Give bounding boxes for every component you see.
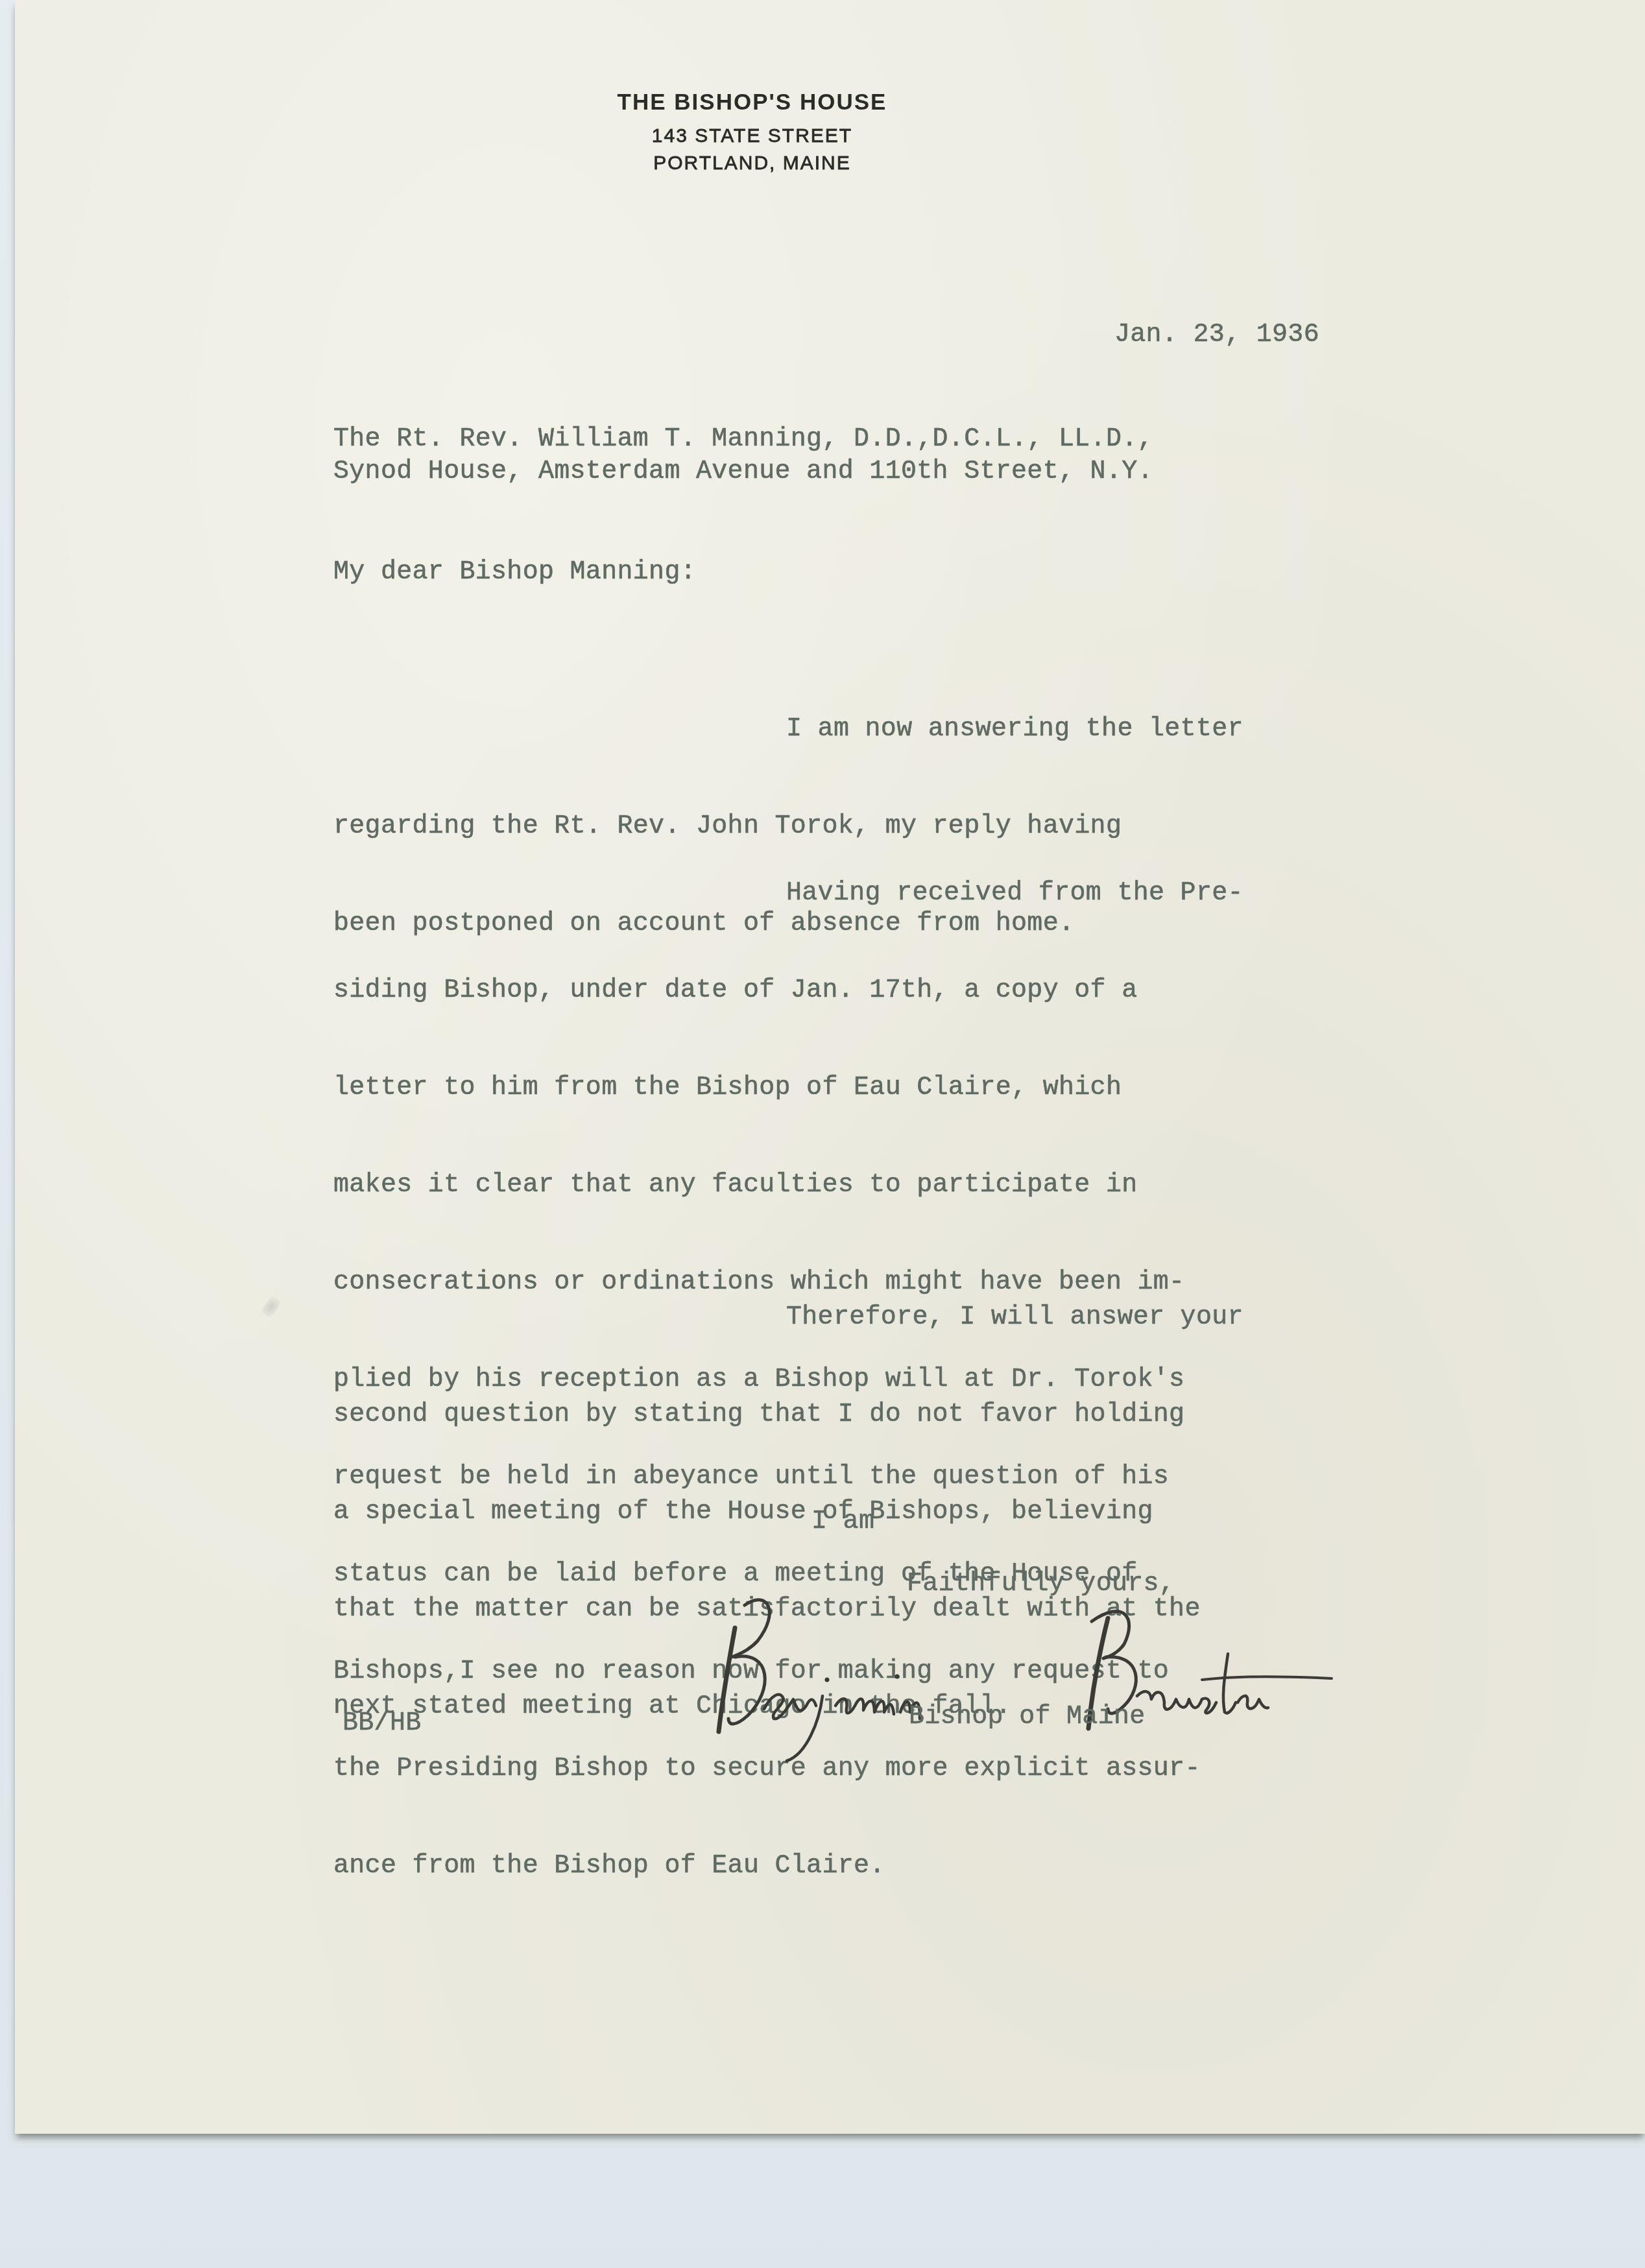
closing-pre: I am <box>811 1506 874 1538</box>
addressee-line-1: The Rt. Rev. William T. Manning, D.D.,D.… <box>333 424 1153 456</box>
paragraph-line: I am now answering the letter <box>333 713 1243 746</box>
paragraph-line: second question by stating that I do not… <box>333 1399 1243 1431</box>
paper-smudge <box>260 1295 282 1319</box>
paragraph-line: letter to him from the Bishop of Eau Cla… <box>333 1072 1243 1104</box>
signatory-title: Bishop of Maine <box>909 1701 1146 1734</box>
addressee-line-2: Synod House, Amsterdam Avenue and 110th … <box>333 456 1153 488</box>
paragraph-line: a special meeting of the House of Bishop… <box>333 1496 1243 1529</box>
letter-page: THE BISHOP'S HOUSE 143 STATE STREET PORT… <box>15 0 1645 2134</box>
paragraph-line: Therefore, I will answer your <box>333 1302 1243 1334</box>
reference-initials: BB/HB <box>342 1708 422 1740</box>
handwritten-signature: Benjamin Brewster <box>709 1592 1384 1767</box>
letterhead-street: 143 STATE STREET <box>0 125 1567 147</box>
paragraph-line: makes it clear that any faculties to par… <box>333 1169 1243 1202</box>
salutation: My dear Bishop Manning: <box>333 556 696 589</box>
letterhead-title: THE BISHOP'S HOUSE <box>0 90 1567 115</box>
paragraph-line: siding Bishop, under date of Jan. 17th, … <box>333 975 1243 1007</box>
paragraph-line: ance from the Bishop of Eau Claire. <box>333 1850 1243 1883</box>
letterhead-city: PORTLAND, MAINE <box>0 152 1567 174</box>
paragraph-line: Having received from the Pre- <box>333 877 1243 910</box>
letter-date: Jan. 23, 1936 <box>1114 319 1319 352</box>
